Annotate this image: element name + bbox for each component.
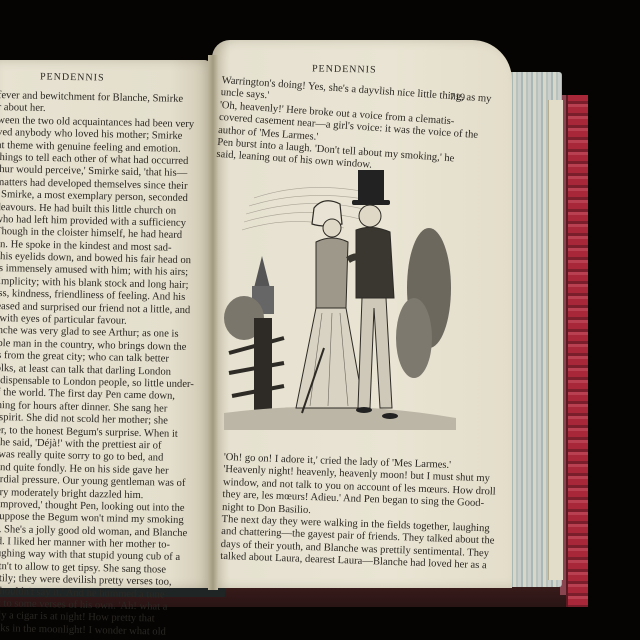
endpaper [548, 100, 563, 580]
left-running-head: PENDENNIS [40, 71, 105, 83]
engraving-illustration [224, 168, 456, 430]
open-book-photo: PENDENNIS fever and bewitchment for Blan… [0, 0, 640, 640]
couple-engraving-icon [224, 168, 456, 430]
marbled-red-cover [566, 95, 588, 607]
left-page-text: fever and bewitchment for Blanche, Smirk… [0, 90, 208, 639]
right-page-text-bottom: 'Oh! go on! I adore it,' cried the lady … [220, 452, 514, 574]
right-running-head: PENDENNIS [312, 63, 377, 75]
book-gutter [208, 55, 218, 590]
